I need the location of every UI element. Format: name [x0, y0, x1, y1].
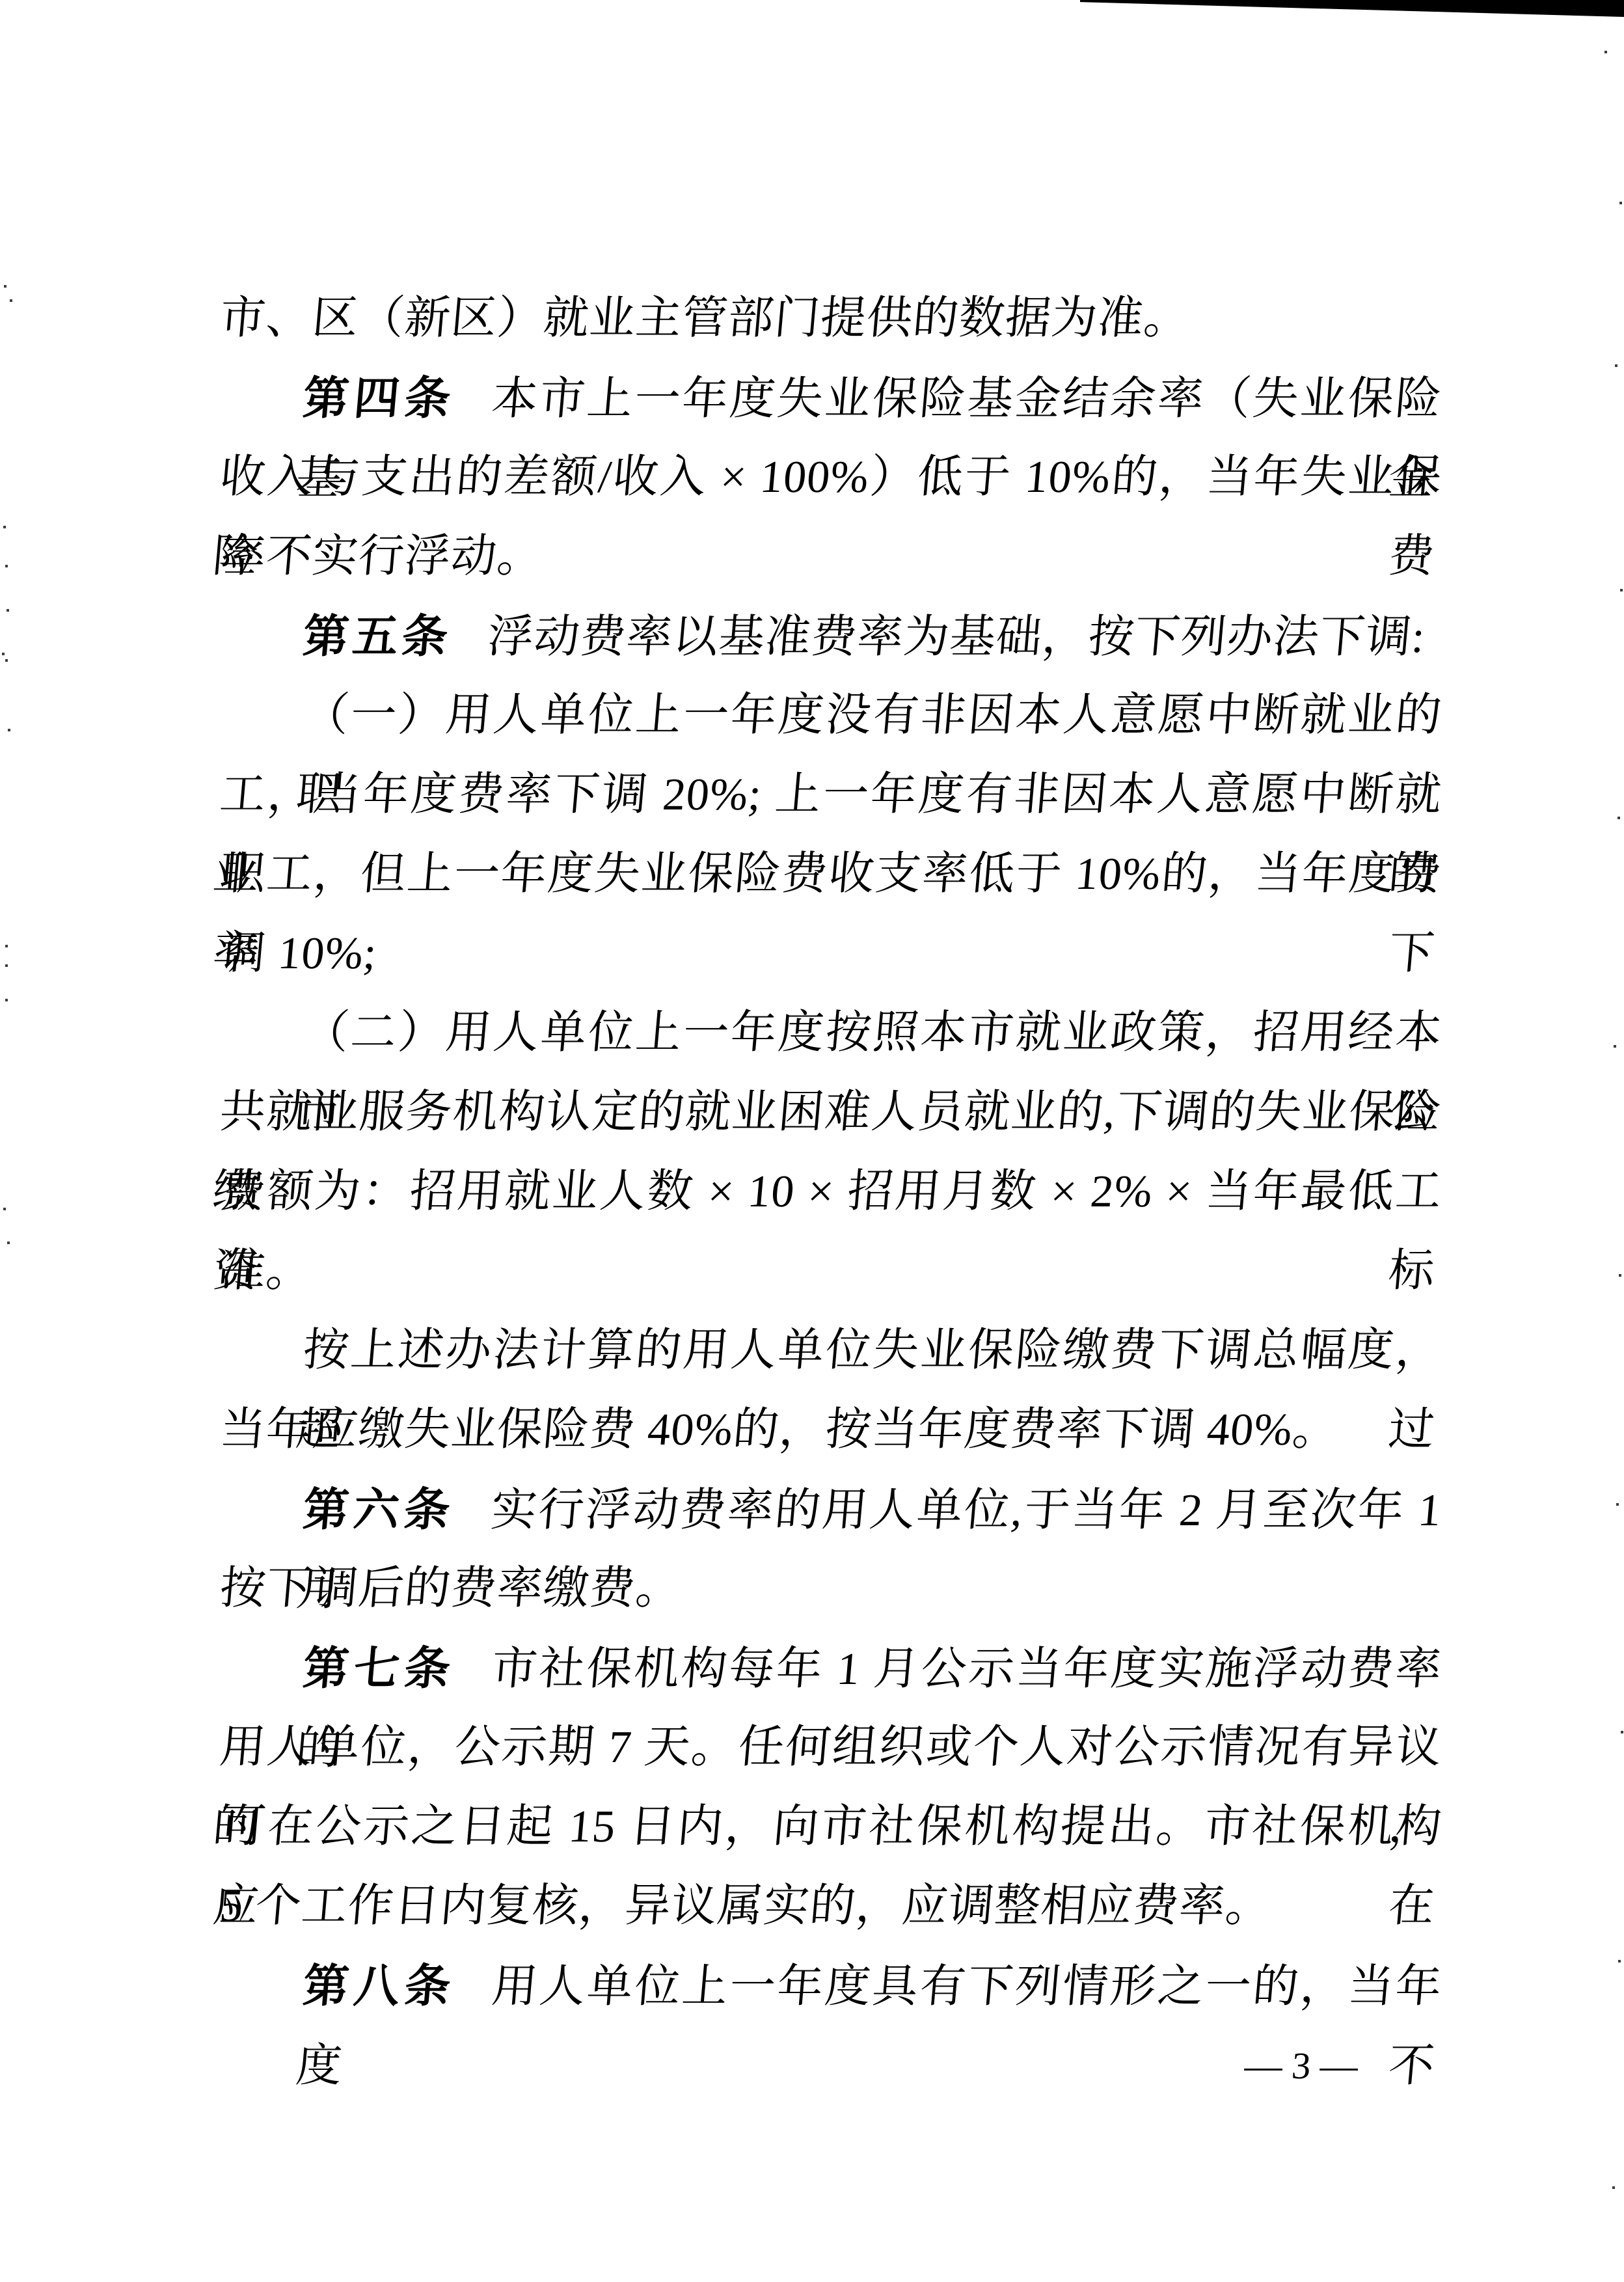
scan-speckle [2, 653, 5, 655]
scan-edge-artifact [1080, 0, 1624, 17]
scan-speckle [7, 1242, 10, 1244]
text-line: 5 个工作日内复核，异议属实的，应调整相应费率。 [217, 1867, 1446, 1946]
article-number: 第四条 [301, 373, 458, 424]
text-line: 第六条实行浮动费率的用人单位,于当年 2 月至次年 1 月 [217, 1470, 1446, 1549]
article-number: 第七条 [301, 1643, 458, 1694]
text-line: 第五条浮动费率以基准费率为基础，按下列办法下调: [217, 597, 1446, 676]
scan-speckle [5, 964, 8, 967]
page-number: — 3 — [1222, 2043, 1381, 2089]
scan-speckle [4, 285, 7, 288]
text-line: 市、区（新区）就业主管部门提供的数据为准。 [217, 279, 1446, 359]
scan-speckle [1612, 2186, 1615, 2189]
scan-speckle [7, 609, 9, 612]
text-line: （二）用人单位上一年度按照本市就业政策，招用经本市公 [217, 994, 1446, 1073]
text-segment: 5 个工作日内复核，异议属实的，应调整相应费率。 [218, 1881, 1274, 1931]
scan-speckle [10, 299, 12, 302]
text-line: 用人单位，公示期 7 天。任何组织或个人对公示情况有异议的， [217, 1708, 1446, 1787]
scan-speckle [1621, 1731, 1623, 1733]
text-line: 按上述办法计算的用人单位失业保险缴费下调总幅度，超过 [217, 1311, 1446, 1391]
scan-speckle [8, 729, 10, 731]
scan-speckle [5, 659, 8, 662]
text-segment: 调 10%; [218, 929, 379, 979]
text-segment: 率不实行浮动。 [218, 532, 546, 582]
document-page: 市、区（新区）就业主管部门提供的数据为准。第四条本市上一年度失业保险基金结余率（… [0, 0, 1624, 2282]
document-body: 市、区（新区）就业主管部门提供的数据为准。第四条本市上一年度失业保险基金结余率（… [220, 279, 1442, 2026]
text-segment: 当年应缴失业保险费 40%的，按当年度费率下调 40%。 [218, 1405, 1341, 1455]
text-line: 第八条用人单位上一年度具有下列情形之一的，当年度不 [217, 1946, 1446, 2026]
scan-speckle [1620, 589, 1623, 591]
scan-speckle [1619, 202, 1622, 204]
scan-speckle [1619, 1274, 1621, 1277]
text-line: 费额为：招用就业人数 × 10 × 招用月数 × 2% × 当年最低工资标 [217, 1152, 1446, 1232]
scan-speckle [5, 565, 8, 567]
text-line: 可在公示之日起 15 日内，向市社保机构提出。市社保机构应在 [217, 1787, 1446, 1867]
article-number: 第五条 [301, 611, 454, 662]
scan-speckle [5, 945, 8, 947]
scan-speckle [1617, 817, 1620, 819]
scan-speckle [5, 999, 8, 1001]
text-line: 收入与支出的差额/收入 × 100%）低于 10%的，当年失业保险费 [217, 438, 1446, 517]
scan-speckle [1614, 1045, 1616, 1048]
text-line: 第七条市社保机构每年 1 月公示当年度实施浮动费率的 [217, 1629, 1446, 1708]
text-segment: 准。 [218, 1246, 315, 1296]
text-line: 工，当年度费率下调 20%; 上一年度有非因本人意愿中断就业的 [217, 755, 1446, 835]
text-line: 第四条本市上一年度失业保险基金结余率（失业保险基金 [217, 359, 1446, 438]
text-line: 共就业服务机构认定的就业困难人员就业的,下调的失业保险缴 [217, 1073, 1446, 1152]
text-line: 当年应缴失业保险费 40%的，按当年度费率下调 40%。 [217, 1391, 1446, 1470]
text-line: 准。 [217, 1232, 1446, 1311]
scan-speckle [3, 1208, 6, 1210]
scan-speckle [3, 526, 6, 528]
scan-speckle [1615, 364, 1617, 367]
scan-speckle [1618, 1960, 1621, 1963]
scan-speckle [1604, 51, 1607, 53]
text-segment: 浮动费率以基准费率为基础，按下列办法下调: [486, 612, 1428, 662]
scan-speckle [1616, 1503, 1619, 1506]
article-number: 第八条 [301, 1961, 458, 2011]
article-number: 第六条 [301, 1484, 457, 1535]
text-line: 按下调后的费率缴费。 [217, 1549, 1446, 1629]
text-line: 职工，但上一年度失业保险费收支率低于 10%的，当年度费率下 [217, 835, 1446, 914]
text-line: 率不实行浮动。 [217, 517, 1446, 597]
text-line: （一）用人单位上一年度没有非因本人意愿中断就业的职 [217, 676, 1446, 755]
text-segment: 市、区（新区）就业主管部门提供的数据为准。 [218, 293, 1193, 344]
text-line: 调 10%; [217, 914, 1446, 994]
text-segment: 按下调后的费率缴费。 [218, 1564, 684, 1614]
